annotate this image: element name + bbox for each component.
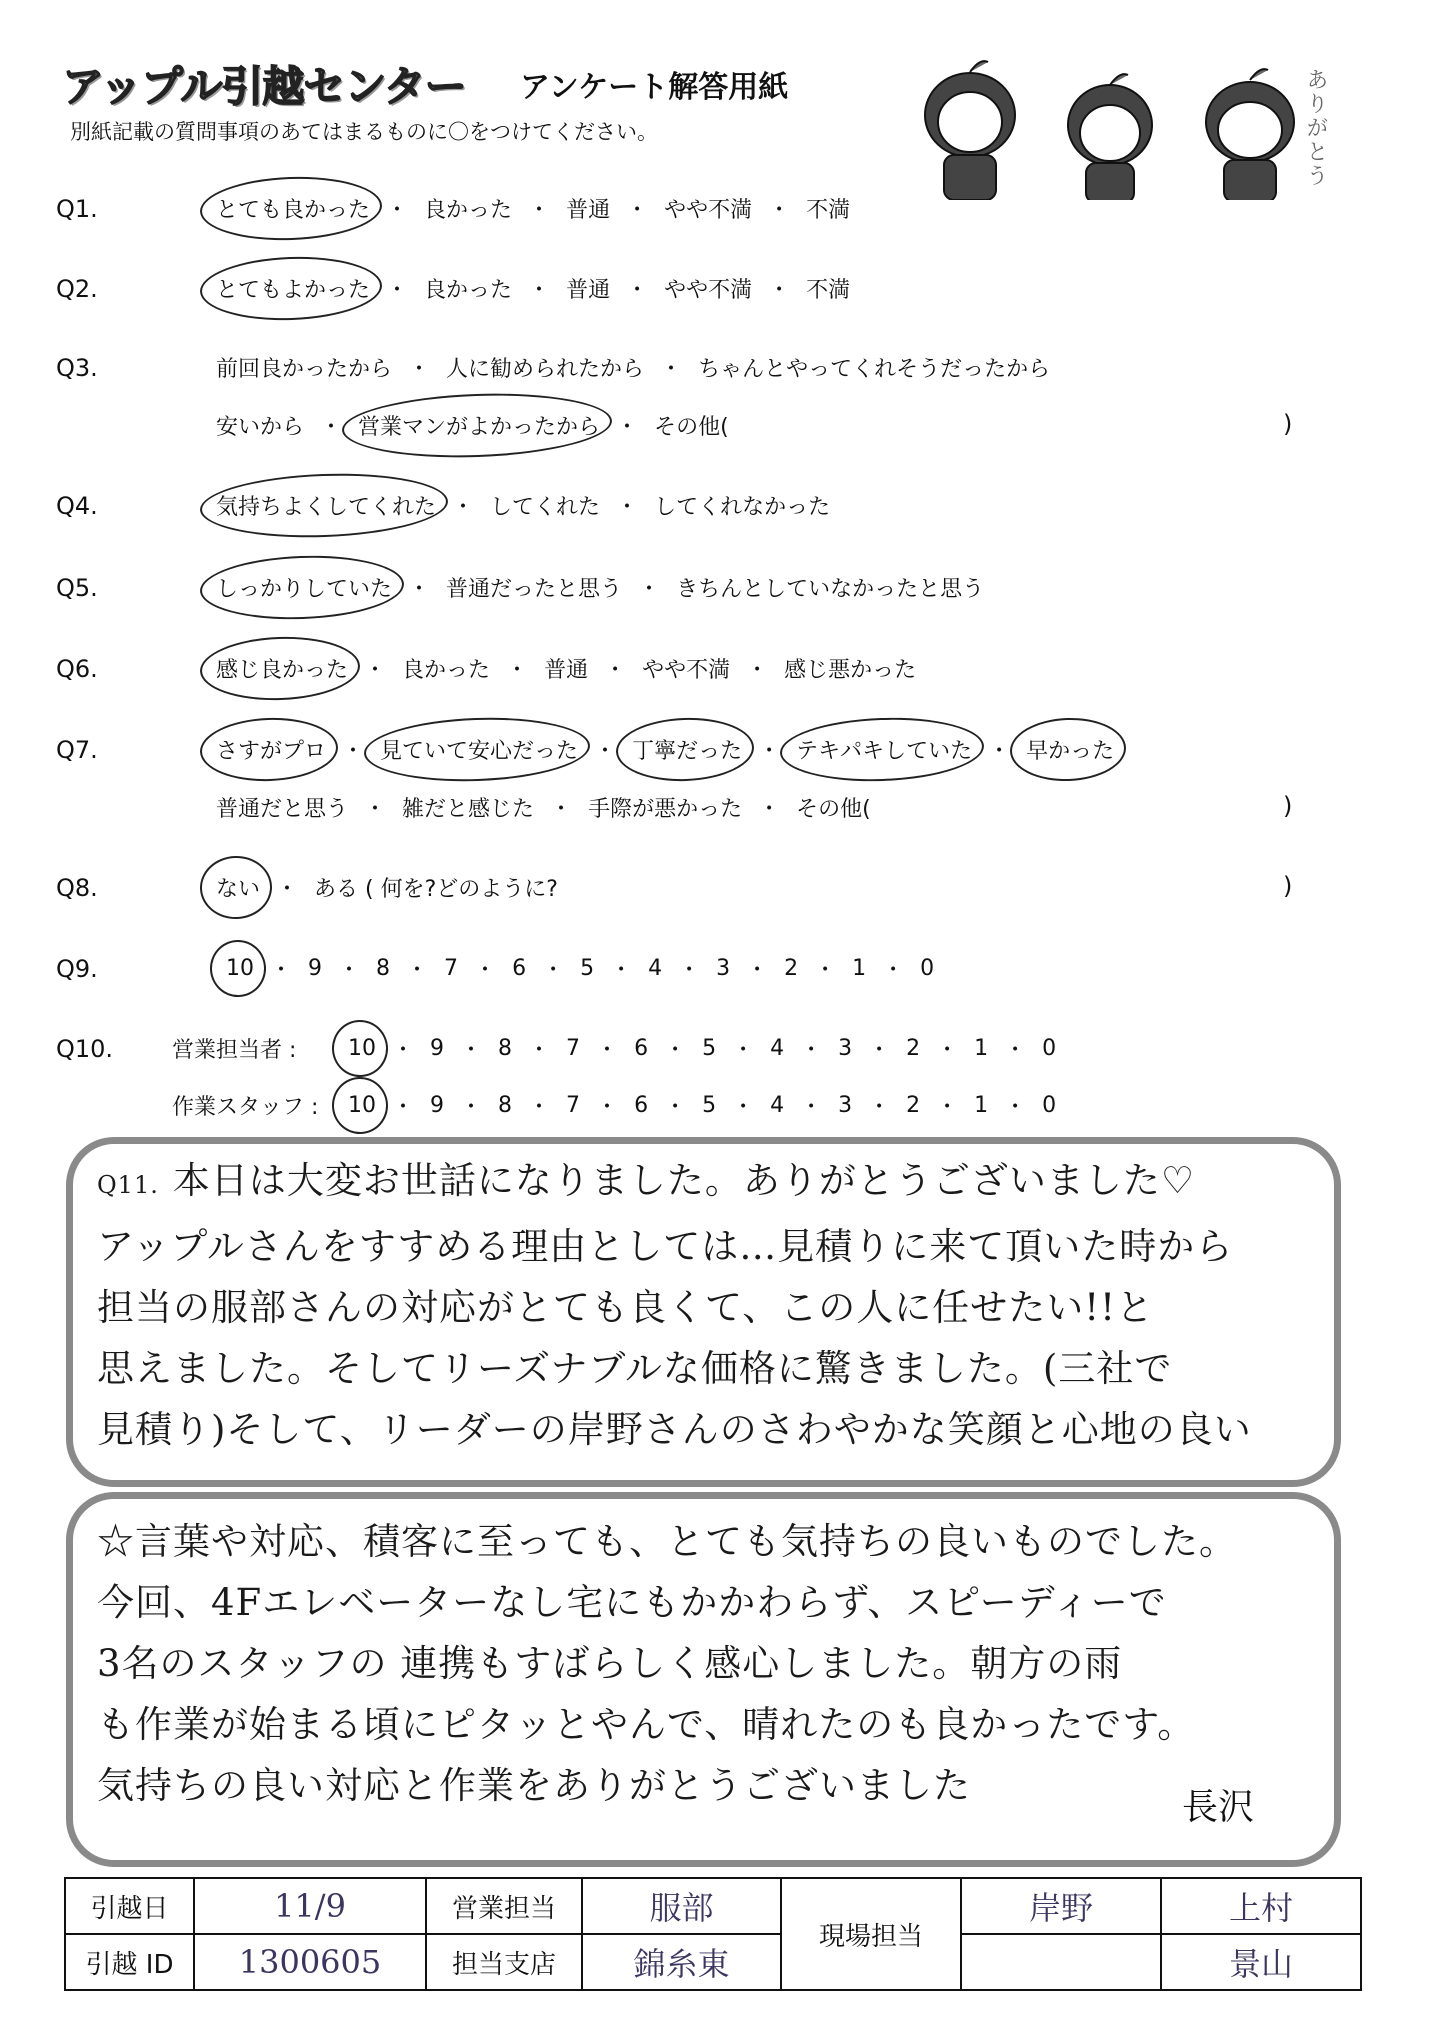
score[interactable]: 0 bbox=[914, 956, 940, 981]
option-selected[interactable]: とても良かった bbox=[210, 193, 376, 224]
instruction-text: 別紙記載の質問事項のあてはまるものに〇をつけてください。 bbox=[70, 116, 658, 146]
comment-box-1[interactable]: Q11.本日は大変お世話になりました。ありがとうございました♡ アップルさんをす… bbox=[66, 1137, 1341, 1487]
score-selected[interactable]: 10 bbox=[342, 1036, 382, 1061]
brand-title: アップル引越センター bbox=[62, 54, 466, 114]
question-label: Q1. bbox=[56, 195, 152, 223]
comment-line: 3名のスタッフの 連携もすばらしく感心しました。朝方の雨 bbox=[97, 1633, 1310, 1694]
question-q7-line1: Q7. さすがプロ・ 見ていて安心だった・ 丁寧だった・ テキパキしていた・ 早… bbox=[56, 734, 1120, 765]
question-label: Q8. bbox=[56, 874, 152, 902]
option[interactable]: やや不満 bbox=[636, 653, 736, 684]
option[interactable]: 安いから bbox=[210, 410, 310, 441]
question-label: Q4. bbox=[56, 492, 152, 520]
option-selected[interactable]: 感じ良かった bbox=[210, 653, 354, 684]
question-q3-line1: Q3. 前回良かったから・ 人に勧められたから・ ちゃんとやってくれそうだったか… bbox=[56, 352, 1056, 383]
score[interactable]: 5 bbox=[696, 1036, 722, 1061]
option-other[interactable]: その他( bbox=[648, 410, 735, 441]
site-staff-1[interactable]: 岸野 bbox=[961, 1878, 1161, 1934]
comment-line: ☆言葉や対応、積客に至っても、とても気持ちの良いものでした。 bbox=[97, 1511, 1310, 1572]
site-staff-label: 現場担当 bbox=[781, 1878, 961, 1990]
option[interactable]: 普通 bbox=[560, 273, 616, 304]
option[interactable]: ちゃんとやってくれそうだったから bbox=[692, 352, 1056, 383]
score[interactable]: 5 bbox=[574, 956, 600, 981]
option[interactable]: 普通だと思う bbox=[210, 792, 354, 823]
option[interactable]: 普通 bbox=[538, 653, 594, 684]
question-label: Q9. bbox=[56, 955, 152, 983]
question-label: Q6. bbox=[56, 655, 152, 683]
score[interactable]: 6 bbox=[628, 1036, 654, 1061]
question-label: Q5. bbox=[56, 574, 152, 602]
question-q10-staff: 作業スタッフ : 10・ 9・ 8・ 7・ 6・ 5・ 4・ 3・ 2・ 1・ … bbox=[172, 1090, 1062, 1121]
score[interactable]: 3 bbox=[710, 956, 736, 981]
close-paren: ) bbox=[1283, 872, 1292, 900]
question-q8: Q8. ない・ ある ( 何を?どのように? bbox=[56, 872, 564, 903]
score[interactable]: 4 bbox=[642, 956, 668, 981]
comment-line: Q11.本日は大変お世話になりました。ありがとうございました♡ bbox=[97, 1150, 1310, 1216]
sales-value[interactable]: 服部 bbox=[582, 1878, 781, 1934]
score[interactable]: 4 bbox=[764, 1036, 790, 1061]
option[interactable]: 普通だったと思う bbox=[440, 572, 628, 603]
branch-label: 担当支店 bbox=[426, 1934, 582, 1990]
score[interactable]: 1 bbox=[968, 1093, 994, 1118]
option-selected[interactable]: 営業マンがよかったから bbox=[352, 410, 606, 441]
option[interactable]: きちんとしていなかったと思う bbox=[670, 572, 990, 603]
option-selected[interactable]: テキパキしていた bbox=[790, 734, 978, 765]
score[interactable]: 1 bbox=[968, 1036, 994, 1061]
site-staff-4[interactable]: 景山 bbox=[1161, 1934, 1361, 1990]
option-selected[interactable]: とてもよかった bbox=[210, 273, 376, 304]
three-monkey-mascots-icon bbox=[900, 50, 1350, 200]
option-selected[interactable]: しっかりしていた bbox=[210, 572, 398, 603]
score[interactable]: 7 bbox=[560, 1036, 586, 1061]
option-selected[interactable]: ない bbox=[210, 872, 266, 903]
score[interactable]: 2 bbox=[778, 956, 804, 981]
score[interactable]: 3 bbox=[832, 1036, 858, 1061]
option[interactable]: 不満 bbox=[800, 273, 856, 304]
option-selected[interactable]: 見ていて安心だった bbox=[374, 734, 584, 765]
score[interactable]: 9 bbox=[424, 1036, 450, 1061]
option[interactable]: 人に勧められたから bbox=[440, 352, 650, 383]
option[interactable]: 感じ悪かった bbox=[778, 653, 922, 684]
score[interactable]: 7 bbox=[560, 1093, 586, 1118]
score[interactable]: 9 bbox=[302, 956, 328, 981]
question-label: Q2. bbox=[56, 275, 152, 303]
option[interactable]: してくれた bbox=[484, 490, 606, 521]
score[interactable]: 2 bbox=[900, 1093, 926, 1118]
question-label: Q7. bbox=[56, 736, 152, 764]
score[interactable]: 7 bbox=[438, 956, 464, 981]
question-q4: Q4. 気持ちよくしてくれた・ してくれた・ してくれなかった bbox=[56, 490, 836, 521]
option-other[interactable]: その他( bbox=[790, 792, 877, 823]
branch-value[interactable]: 錦糸東 bbox=[582, 1934, 781, 1990]
option[interactable]: 雑だと感じた bbox=[396, 792, 540, 823]
question-label: Q3. bbox=[56, 354, 152, 382]
site-staff-2[interactable]: 上村 bbox=[1161, 1878, 1361, 1934]
score[interactable]: 1 bbox=[846, 956, 872, 981]
comment-line: アップルさんをすすめる理由としては…見積りに来て頂いた時から bbox=[97, 1216, 1310, 1277]
move-id-value[interactable]: 1300605 bbox=[194, 1934, 426, 1990]
score[interactable]: 6 bbox=[628, 1093, 654, 1118]
question-label: Q11. bbox=[97, 1171, 159, 1199]
score-selected[interactable]: 10 bbox=[220, 956, 260, 981]
question-label: Q10. bbox=[56, 1035, 152, 1063]
info-table: 引越日 11/9 営業担当 服部 現場担当 岸野 上村 引越 ID 130060… bbox=[64, 1877, 1362, 1991]
score[interactable]: 0 bbox=[1036, 1036, 1062, 1061]
comment-line: も作業が始まる頃にピタッとやんで、晴れたのも良かったです。 bbox=[97, 1694, 1310, 1755]
option[interactable]: 良かった bbox=[418, 193, 518, 224]
close-paren: ) bbox=[1283, 792, 1292, 820]
question-q9: Q9. 10・ 9・ 8・ 7・ 6・ 5・ 4・ 3・ 2・ 1・ 0 bbox=[56, 953, 940, 984]
option[interactable]: 不満 bbox=[800, 193, 856, 224]
option-selected[interactable]: 早かった bbox=[1020, 734, 1120, 765]
signature: 長沢 bbox=[1182, 1779, 1254, 1830]
question-q6: Q6. 感じ良かった・ 良かった・ 普通・ やや不満・ 感じ悪かった bbox=[56, 653, 922, 684]
score[interactable]: 2 bbox=[900, 1036, 926, 1061]
question-q3-line2: 安いから・ 営業マンがよかったから・ その他( bbox=[210, 410, 735, 441]
score[interactable]: 4 bbox=[764, 1093, 790, 1118]
move-date-value[interactable]: 11/9 bbox=[194, 1878, 426, 1934]
comment-line: 気持ちの良い対応と作業をありがとうございました bbox=[97, 1755, 1310, 1816]
option-selected[interactable]: さすがプロ bbox=[210, 734, 332, 765]
form-title: アンケート解答用紙 bbox=[520, 62, 788, 106]
option[interactable]: やや不満 bbox=[658, 273, 758, 304]
score[interactable]: 3 bbox=[832, 1093, 858, 1118]
sub-label: 作業スタッフ : bbox=[172, 1090, 342, 1121]
mascot-caption: ありがとう bbox=[1300, 68, 1331, 188]
score[interactable]: 9 bbox=[424, 1093, 450, 1118]
option[interactable]: 良かった bbox=[418, 273, 518, 304]
option[interactable]: やや不満 bbox=[658, 193, 758, 224]
comment-line: 担当の服部さんの対応がとても良くて、この人に任せたい!!と bbox=[97, 1277, 1310, 1338]
score[interactable]: 0 bbox=[1036, 1093, 1062, 1118]
option[interactable]: 普通 bbox=[560, 193, 616, 224]
comment-line: 今回、4Fエレベーターなし宅にもかかわらず、スピーディーで bbox=[97, 1572, 1310, 1633]
option-selected[interactable]: 気持ちよくしてくれた bbox=[210, 490, 442, 521]
option[interactable]: 前回良かったから bbox=[210, 352, 398, 383]
option[interactable]: 良かった bbox=[396, 653, 496, 684]
question-q10-sales: Q10. 営業担当者 : 10・ 9・ 8・ 7・ 6・ 5・ 4・ 3・ 2・… bbox=[56, 1033, 1062, 1064]
comment-line: 見積り)そして、リーダーの岸野さんのさわやかな笑顔と心地の良い bbox=[97, 1399, 1310, 1460]
score[interactable]: 8 bbox=[492, 1093, 518, 1118]
score[interactable]: 8 bbox=[492, 1036, 518, 1061]
move-date-label: 引越日 bbox=[65, 1878, 194, 1934]
question-q2: Q2. とてもよかった・ 良かった・ 普通・ やや不満・ 不満 bbox=[56, 273, 856, 304]
option[interactable]: 手際が悪かった bbox=[582, 792, 748, 823]
question-q1: Q1. とても良かった・ 良かった・ 普通・ やや不満・ 不満 bbox=[56, 193, 856, 224]
question-q7-line2: 普通だと思う・ 雑だと感じた・ 手際が悪かった・ その他( bbox=[210, 792, 877, 823]
score[interactable]: 5 bbox=[696, 1093, 722, 1118]
move-id-label: 引越 ID bbox=[65, 1934, 194, 1990]
score[interactable]: 6 bbox=[506, 956, 532, 981]
option-selected[interactable]: 丁寧だった bbox=[626, 734, 748, 765]
sub-label: 営業担当者 : bbox=[172, 1033, 342, 1064]
comment-line: 思えました。そしてリーズナブルな価格に驚きました。(三社で bbox=[97, 1338, 1310, 1399]
close-paren: ) bbox=[1283, 410, 1292, 438]
option[interactable]: してくれなかった bbox=[648, 490, 836, 521]
score[interactable]: 8 bbox=[370, 956, 396, 981]
score-selected[interactable]: 10 bbox=[342, 1093, 382, 1118]
question-q5: Q5. しっかりしていた・ 普通だったと思う・ きちんとしていなかったと思う bbox=[56, 572, 990, 603]
option[interactable]: ある ( 何を?どのように? bbox=[308, 872, 564, 903]
sales-label: 営業担当 bbox=[426, 1878, 582, 1934]
site-staff-3[interactable] bbox=[961, 1934, 1161, 1990]
comment-box-2[interactable]: ☆言葉や対応、積客に至っても、とても気持ちの良いものでした。 今回、4Fエレベー… bbox=[66, 1492, 1341, 1867]
